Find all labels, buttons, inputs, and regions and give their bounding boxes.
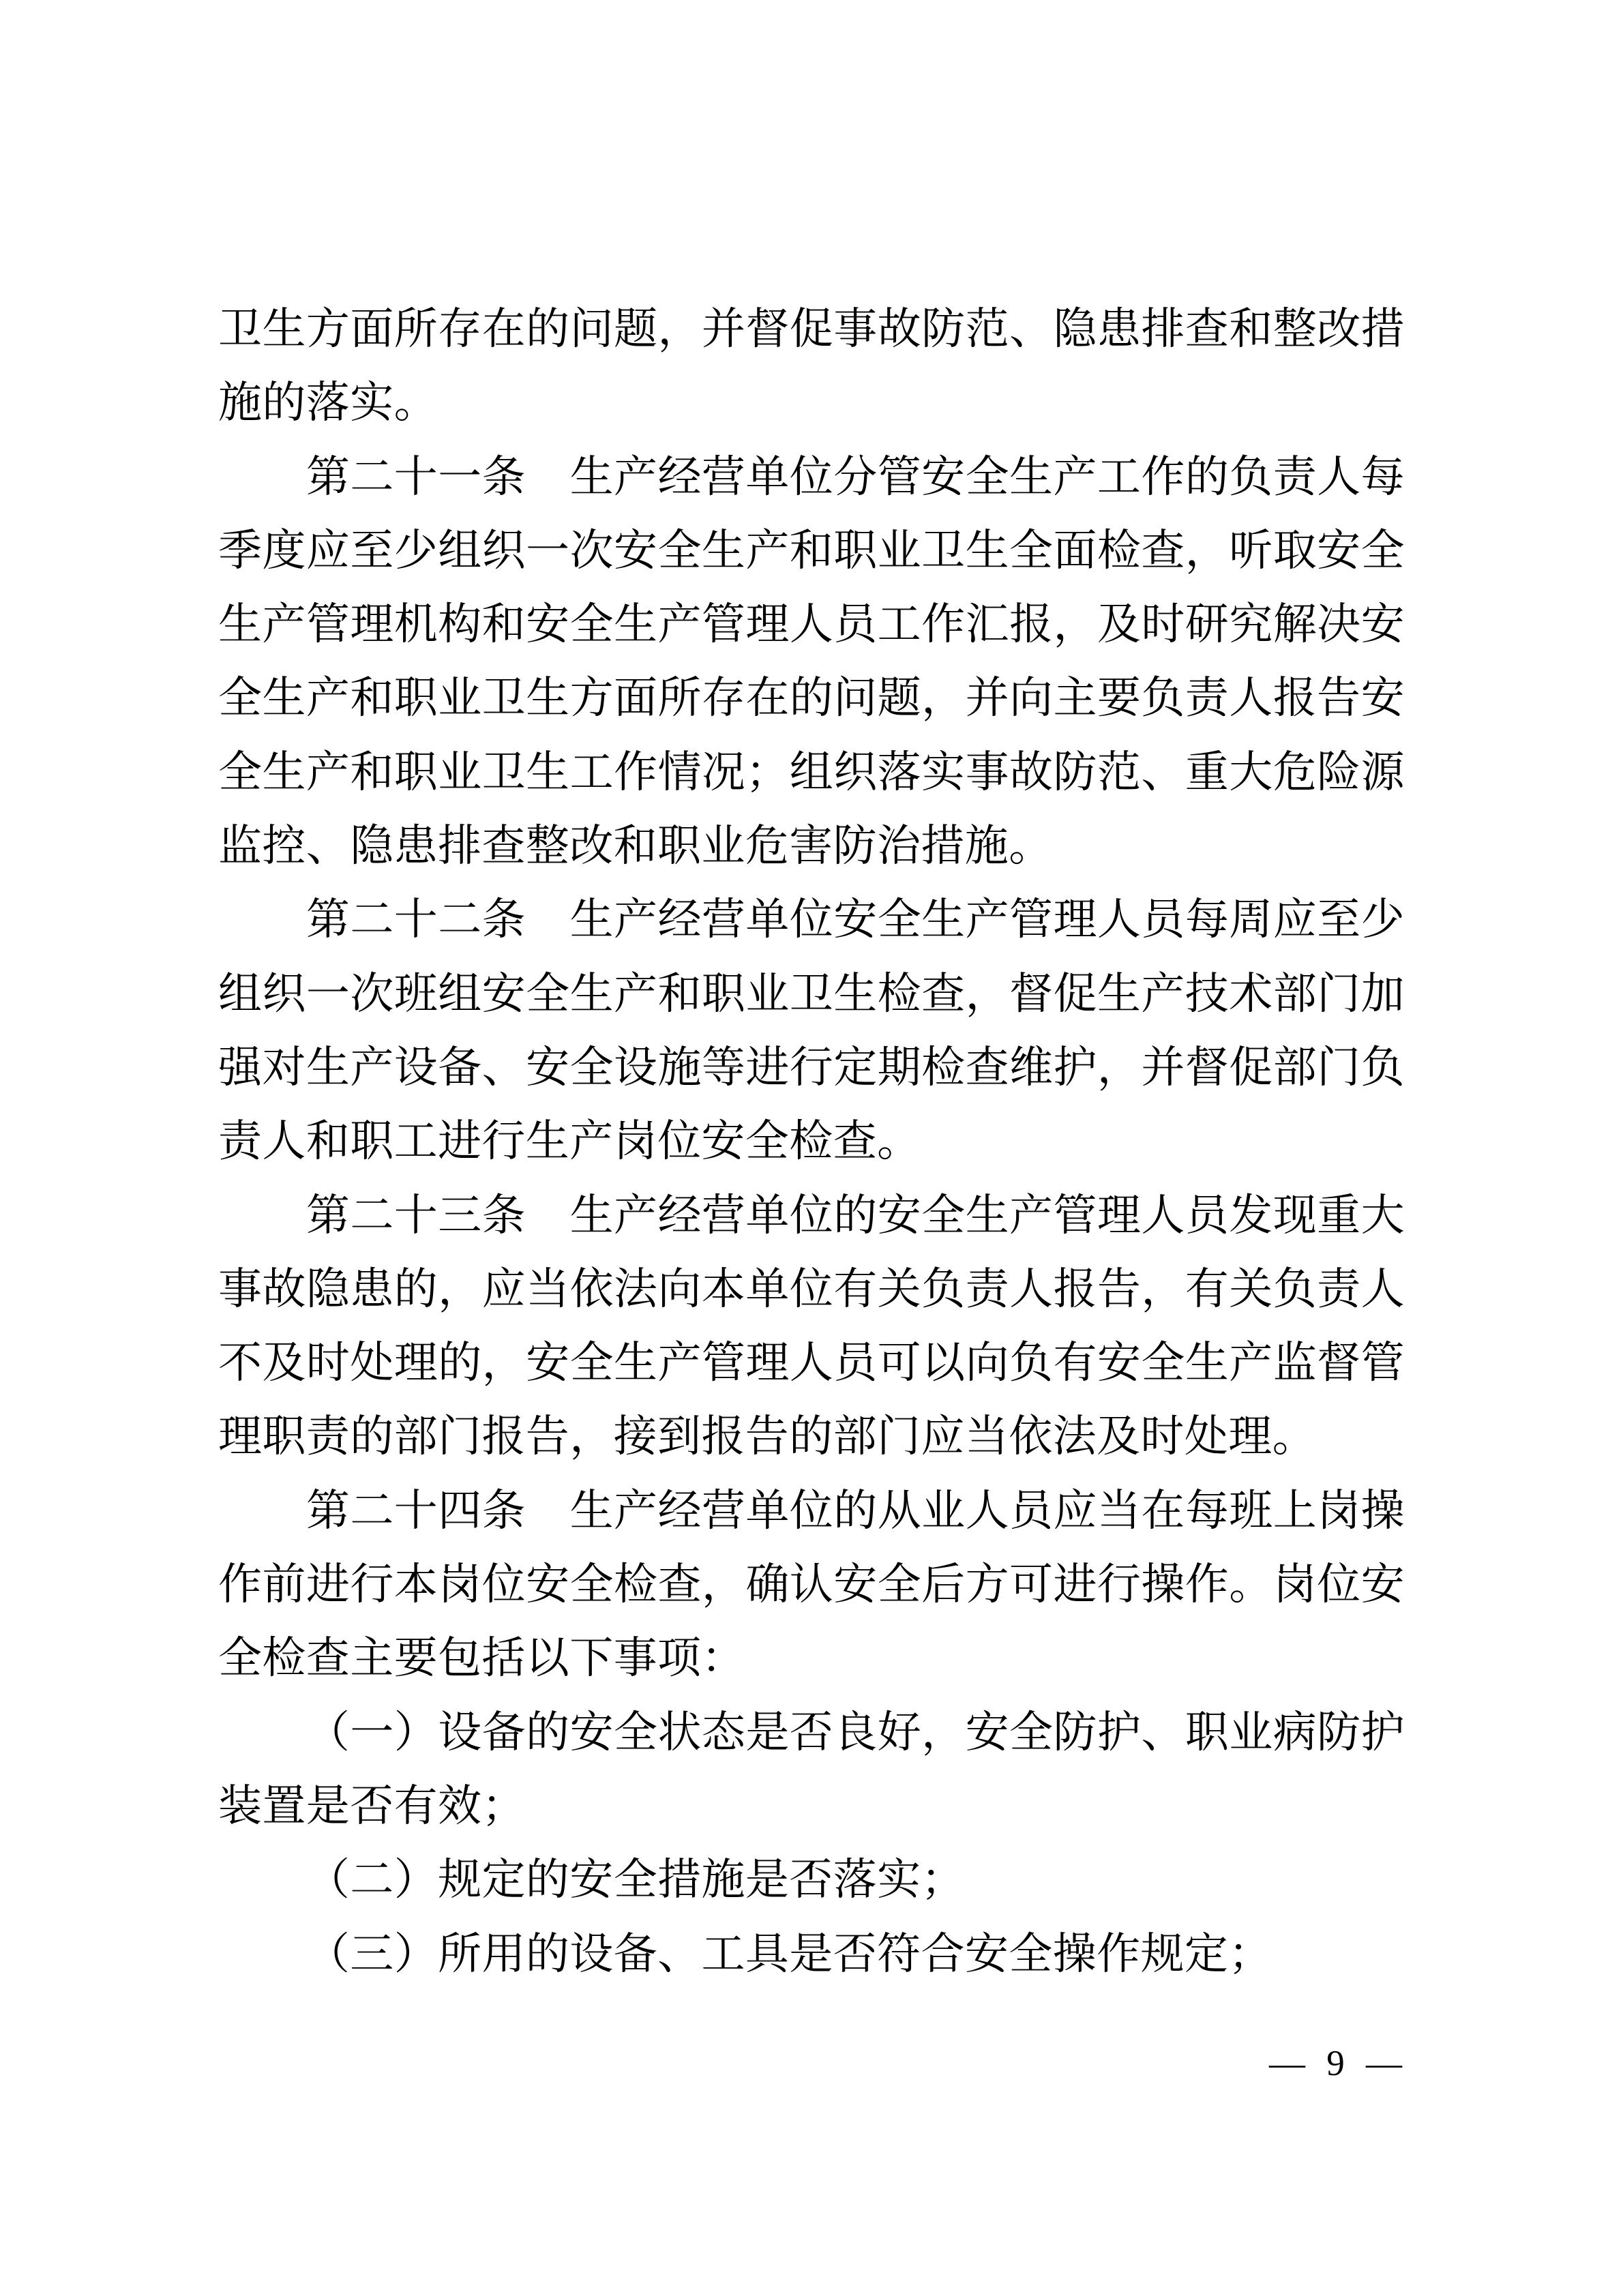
text-line: 事故隐患的，应当依法向本单位有关负责人报告，有关负责人 xyxy=(218,1253,1405,1326)
text-line: 理职责的部门报告，接到报告的部门应当依法及时处理。 xyxy=(218,1400,1405,1474)
text-line: 全检查主要包括以下事项： xyxy=(218,1622,1405,1695)
text-line: 强对生产设备、安全设施等进行定期检查维护，并督促部门负 xyxy=(218,1031,1405,1105)
page-number: — 9 — xyxy=(1269,2042,1403,2085)
text-line-article-24: 第二十四条 生产经营单位的从业人员应当在每班上岗操 xyxy=(218,1474,1405,1548)
text-line: 不及时处理的，安全生产管理人员可以向负有安全生产监督管 xyxy=(218,1326,1405,1400)
text-line-article-21: 第二十一条 生产经营单位分管安全生产工作的负责人每 xyxy=(218,441,1405,514)
text-line: 责人和职工进行生产岗位安全检查。 xyxy=(218,1105,1405,1178)
text-line: 全生产和职业卫生方面所存在的问题，并向主要负责人报告安 xyxy=(218,661,1405,735)
text-line-article-23: 第二十三条 生产经营单位的安全生产管理人员发现重大 xyxy=(218,1179,1405,1253)
text-line: 生产管理机构和安全生产管理人员工作汇报，及时研究解决安 xyxy=(218,588,1405,661)
document-body: 卫生方面所存在的问题，并督促事故防范、隐患排查和整改措 施的落实。 第二十一条 … xyxy=(218,293,1405,1991)
text-line: 施的落实。 xyxy=(218,366,1405,440)
text-line: 作前进行本岗位安全检查，确认安全后方可进行操作。岗位安 xyxy=(218,1548,1405,1622)
text-line: 卫生方面所存在的问题，并督促事故防范、隐患排查和整改措 xyxy=(218,293,1405,366)
text-line-item-1: （一）设备的安全状态是否良好，安全防护、职业病防护 xyxy=(218,1696,1405,1770)
text-line: 装置是否有效； xyxy=(218,1770,1405,1843)
text-line: 季度应至少组织一次安全生产和职业卫生全面检查，听取安全 xyxy=(218,514,1405,588)
text-line: 监控、隐患排查整改和职业危害防治措施。 xyxy=(218,809,1405,883)
text-line: 组织一次班组安全生产和职业卫生检查，督促生产技术部门加 xyxy=(218,957,1405,1031)
text-line-article-22: 第二十二条 生产经营单位安全生产管理人员每周应至少 xyxy=(218,883,1405,957)
text-line-item-2: （二）规定的安全措施是否落实； xyxy=(218,1843,1405,1917)
text-line-item-3: （三）所用的设备、工具是否符合安全操作规定； xyxy=(218,1918,1405,1991)
document-page: 卫生方面所存在的问题，并督促事故防范、隐患排查和整改措 施的落实。 第二十一条 … xyxy=(0,0,1623,2296)
text-line: 全生产和职业卫生工作情况；组织落实事故防范、重大危险源 xyxy=(218,736,1405,809)
